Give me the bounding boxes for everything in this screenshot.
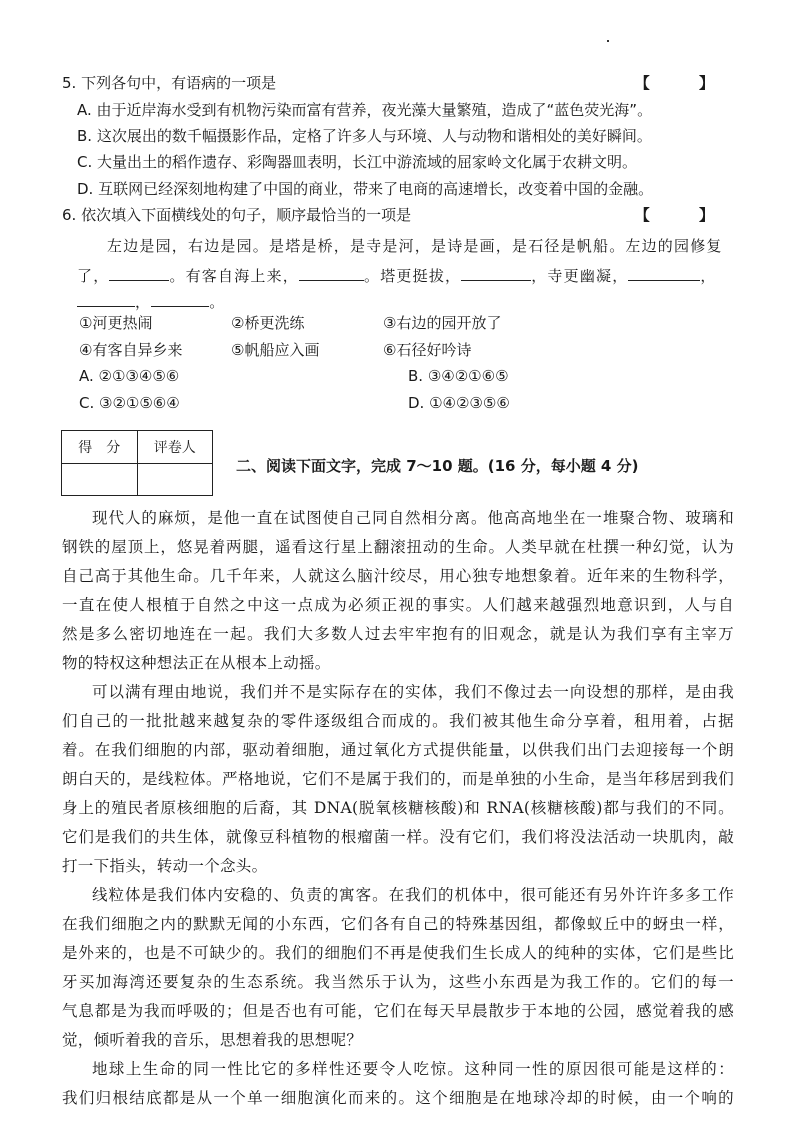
question-6-title: 6. 依次填入下面横线处的句子，顺序最恰当的一项是: [62, 205, 411, 225]
passage-text: 。有客自海上来，: [169, 267, 299, 285]
passage-line: 现代人的麻烦，是他一直在试图使自己同自然相分离。他高高地坐在一堆聚合物、玻璃和: [92, 508, 734, 528]
fill-blank-3: [461, 266, 531, 281]
grader-header: 评卷人: [137, 431, 213, 464]
question-6-passage-line-1: 左边是园，右边是园。是塔是桥，是寺是河，是诗是画，是石径是帆船。左边的园修复: [107, 236, 723, 256]
passage-line: 可以满有理由地说，我们并不是实际存在的实体，我们不像过去一向设想的那样，是由我: [92, 682, 734, 702]
passage-text: 。: [209, 293, 225, 311]
passage-line: 是外来的，也是不可缺少的。我们的细胞们不再是使我们生长成人的纯种的实体，它们是些…: [62, 943, 734, 963]
question-6-answer-d: D. ①④②③⑤⑥: [408, 393, 510, 413]
sentence-3: ③右边的园开放了: [383, 313, 501, 333]
sentence-2: ②桥更洗练: [231, 313, 304, 333]
fill-blank-5: [77, 292, 135, 307]
passage-text: ，: [700, 267, 716, 285]
fill-blank-1: [109, 266, 169, 281]
passage-line: 牙买加海湾还要复杂的生态系统。我当然乐于认为，这些小东西是为我工作的。它们的每一: [62, 972, 734, 992]
question-5-option-b: B. 这次展出的数千幅摄影作品，定格了许多人与环境、人与动物和谐相处的美好瞬间。: [77, 126, 652, 146]
score-header: 得 分: [62, 431, 138, 464]
passage-line: 自己高于其他生命。几千年来，人就这么脑汁绞尽，用心独专地想象着。近年来的生物科学…: [62, 566, 734, 586]
question-6-passage-line-3: ，。: [77, 292, 225, 312]
sentence-1: ①河更热闹: [79, 313, 152, 333]
passage-line: 身上的殖民者原核细胞的后裔，其 DNA(脱氧核糖核酸)和 RNA(核糖核酸)都与…: [62, 798, 734, 818]
question-6-passage-line-2: 了，。有客自海上来，。塔更挺拔，，寺更幽凝，，: [77, 266, 717, 286]
passage-text: ，: [135, 293, 151, 311]
scan-speck: [607, 40, 609, 42]
question-6-answer-c: C. ③②①⑤⑥④: [79, 393, 180, 413]
fill-blank-4: [628, 266, 700, 281]
section-2-title: 二、阅读下面文字，完成 7～10 题。(16 分，每小题 4 分): [236, 455, 638, 476]
score-cell: [62, 464, 138, 496]
question-6-answer-bracket: 【 】: [635, 205, 736, 225]
passage-line: 一直在使人根植于自然之中这一点成为必须正视的事实。人们越来越强烈地意识到，人与自: [62, 595, 734, 615]
passage-text: ，寺更幽凝，: [531, 267, 628, 285]
passage-line: 线粒体是我们体内安稳的、负责的寓客。在我们的机体中，很可能还有另外许许多多工作: [92, 885, 734, 905]
passage-line: 们自己的一批批越来越复杂的零件逐级组合而成的。我们被其他生命分享着，租用着，占据: [62, 711, 734, 731]
sentence-4: ④有客自异乡来: [79, 340, 182, 360]
question-5-option-a: A. 由于近岸海水受到有机物污染而富有营养，夜光藻大量繁殖，造成了“蓝色荧光海”…: [77, 100, 652, 120]
question-5-answer-bracket: 【 】: [635, 73, 736, 93]
passage-line: 它们是我们的共生体，就像豆科植物的根瘤菌一样。没有它们，我们将没法活动一块肌肉，…: [62, 827, 734, 847]
sentence-5: ⑤帆船应入画: [231, 340, 319, 360]
passage-line: 在我们细胞之内的默默无闻的小东西，它们各有自己的特殊基因组，都像蚁丘中的蚜虫一样…: [62, 914, 734, 934]
question-5-option-c: C. 大量出土的稻作遗存、彩陶器皿表明，长江中游流域的屈家岭文化属于农耕文明。: [77, 152, 637, 172]
passage-line: 物的特权这种想法正在从根本上动摇。: [62, 653, 734, 673]
passage-line: 我们归根结底都是从一个单一细胞演化而来的。这个细胞是在地球冷却的时候，由一个响的: [62, 1088, 734, 1108]
passage-line: 着。在我们细胞的内部，驱动着细胞，通过氧化方式提供能量，以供我们出门去迎接每一个…: [62, 740, 734, 760]
passage-line: 朗白天的，是线粒体。严格地说，它们不是属于我们的，而是单独的小生命，是当年移居到…: [62, 769, 734, 789]
question-5-option-d: D. 互联网已经深刻地构建了中国的商业，带来了电商的高速增长，改变着中国的金融。: [77, 179, 653, 199]
passage-line: 钢铁的屋顶上，悠晃着两腿，遥看这行星上翻滚扭动的生命。人类早就在杜撰一种幻觉，认…: [62, 537, 734, 557]
grader-cell: [137, 464, 213, 496]
sentence-6: ⑥石径好吟诗: [383, 340, 471, 360]
passage-text: 了，: [77, 267, 109, 285]
passage-line: 打一下指头，转动一个念头。: [62, 856, 734, 876]
passage-text: 。塔更挺拔，: [364, 267, 461, 285]
passage-line: 气息都是为我而呼吸的；但是否也有可能，它们在每天早晨散步于本地的公园，感觉着我的…: [62, 1001, 734, 1021]
question-6-answer-a: A. ②①③④⑤⑥: [79, 366, 179, 386]
fill-blank-2: [299, 266, 364, 281]
score-table: 得 分 评卷人: [61, 430, 213, 496]
passage-line: 然是多么密切地连在一起。我们大多数人过去牢牢抱有的旧观念，就是认为我们享有主宰万: [62, 624, 734, 644]
passage-line: 觉，倾听着我的音乐，思想着我的思想呢？: [62, 1030, 734, 1050]
passage-line: 地球上生命的同一性比它的多样性还要令人吃惊。这种同一性的原因很可能是这样的：: [92, 1059, 734, 1079]
fill-blank-6: [151, 292, 209, 307]
question-5-title: 5. 下列各句中，有语病的一项是: [62, 73, 276, 93]
question-6-answer-b: B. ③④②①⑥⑤: [408, 366, 509, 386]
